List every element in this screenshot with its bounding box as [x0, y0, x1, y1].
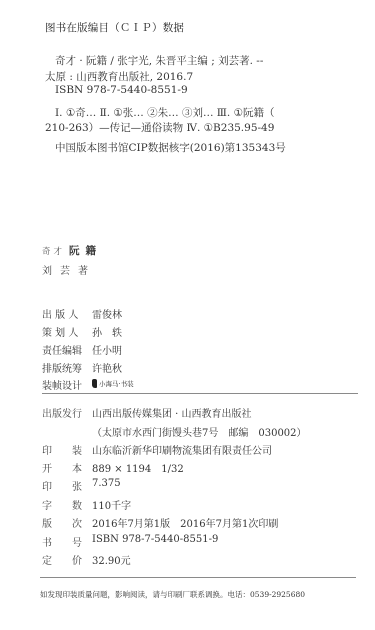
cip-title: 图书在版编目（ＣＩＰ）数据	[45, 20, 184, 35]
divider-top	[42, 393, 358, 394]
staff-label-editor: 责任编辑	[42, 342, 82, 357]
designer-name: 小海马·书装	[99, 379, 134, 388]
cip-line-isbn: ISBN 978-7-5440-8551-9	[55, 84, 188, 96]
book-author: 刘芸著	[42, 262, 96, 277]
pub-value-format: 889 × 1194 1/32	[92, 460, 184, 475]
seahorse-logo-icon	[92, 379, 97, 388]
staff-label-planner: 策 划 人	[42, 324, 78, 339]
cip-line-record-number: 中国版本图书馆CIP数据核字(2016)第135343号	[55, 140, 286, 155]
staff-label-publisher: 出 版 人	[42, 306, 78, 321]
designer-logo: 小海马·书装	[92, 379, 134, 388]
pub-value-distributor: 山西出版传媒集团 · 山西教育出版社	[92, 405, 252, 420]
pub-value-printer: 山东临沂新华印刷物流集团有限责任公司	[92, 442, 272, 457]
pub-label-format: 开 本	[42, 460, 82, 475]
cip-line-title-author: 奇才 · 阮籍 / 张宇光, 朱晋平主编 ; 刘芸著. --	[55, 53, 263, 68]
quality-notice: 如发现印装质量问题，影响阅读，请与印刷厂联系调换。电话：0539-2925680	[40, 589, 305, 600]
pub-value-price: 32.90元	[92, 552, 131, 567]
staff-value-planner: 孙 轶	[92, 324, 122, 339]
book-series: 奇才	[42, 247, 65, 257]
staff-label-design: 装帧设计	[42, 377, 82, 392]
staff-value-layout: 许艳秋	[92, 360, 122, 375]
pub-label-isbn: 书 号	[42, 534, 82, 549]
pub-value-word-count: 110千字	[92, 497, 131, 512]
divider-bottom	[40, 577, 356, 578]
pub-label-word-count: 字 数	[42, 497, 82, 512]
pub-label-printer: 印 装	[42, 442, 82, 457]
pub-label-price: 定 价	[42, 552, 82, 567]
pub-value-address: （太原市水西门街馒头巷7号 邮编 030002）	[92, 424, 307, 439]
pub-value-edition: 2016年7月第1版 2016年7月第1次印刷	[92, 515, 278, 530]
staff-value-editor: 任小明	[92, 342, 122, 357]
pub-label-edition: 版 次	[42, 515, 82, 530]
book-title: 奇才阮籍	[42, 243, 102, 258]
cip-line-subject-2: 210-263）—传记—通俗读物 Ⅳ. ①B235.95-49	[45, 120, 274, 135]
cip-line-publisher: 太原 : 山西教育出版社, 2016.7	[45, 69, 193, 84]
staff-value-publisher: 雷俊林	[92, 306, 122, 321]
cip-line-subject-1: Ⅰ. ①奇… Ⅱ. ①张… ②朱… ③刘… Ⅲ. ①阮籍（	[55, 105, 275, 120]
pub-value-isbn: ISBN 978-7-5440-8551-9	[92, 534, 218, 545]
staff-label-layout: 排版统筹	[42, 360, 82, 375]
book-name: 阮籍	[69, 245, 102, 257]
pub-label-distributor: 出版发行	[42, 405, 82, 420]
pub-label-sheets: 印 张	[42, 478, 82, 493]
pub-value-sheets: 7.375	[92, 478, 121, 489]
